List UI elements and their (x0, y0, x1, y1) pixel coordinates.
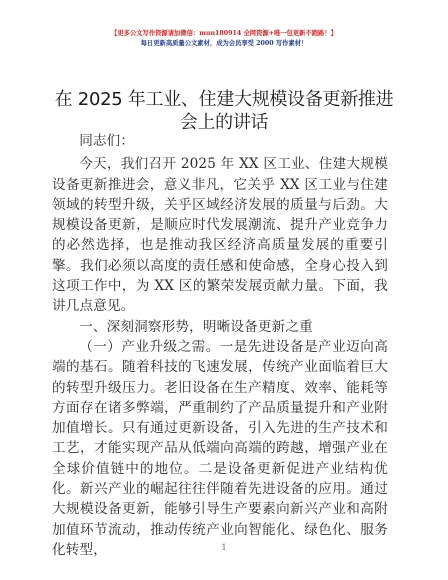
salutation: 同志们： (52, 131, 388, 151)
document-body: 同志们： 今天，我们召开 2025 年 XX 区工业、住建大规模设备更新推进会，… (52, 131, 388, 560)
page-number: 1 (0, 543, 448, 552)
document-page: 【更多公文写作资源请加微信：mun180914 全网资源+唯一包更新不跑路！】 … (0, 0, 448, 580)
promo-banner-line-1: 【更多公文写作资源请加微信：mun180914 全网资源+唯一包更新不跑路！】 (0, 29, 448, 38)
paragraph-intro: 今天，我们召开 2025 年 XX 区工业、住建大规模设备更新推进会，意义非凡，… (52, 154, 388, 316)
paragraph-subsection-1: （一）产业升级之需。一是先进设备是产业迈向高端的基石。随着科技的飞速发展，传统产… (52, 337, 388, 560)
document-title: 在 2025 年工业、住建大规模设备更新推进会上的讲话 (52, 88, 396, 134)
section-heading-1: 一、深刻洞察形势，明晰设备更新之重 (52, 317, 388, 337)
promo-banner-line-2: 每日更新高质量公文素材，成为会员享受 2000 写作素材！ (0, 39, 448, 48)
